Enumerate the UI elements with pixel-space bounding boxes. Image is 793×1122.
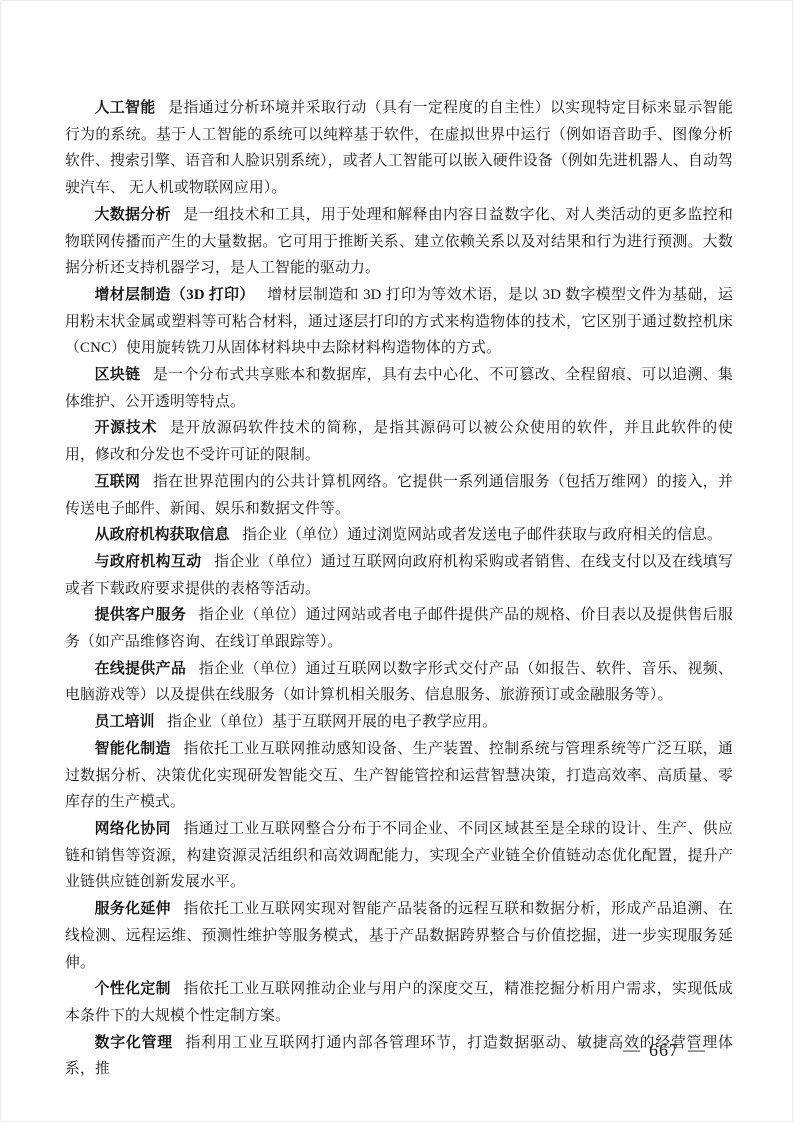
term-label: 人工智能: [95, 100, 169, 116]
glossary-entry-customer-service: 提供客户服务指企业（单位）通过网站或者电子邮件提供产品的规格、价目表以及提供售后…: [65, 602, 733, 655]
term-label: 个性化定制: [95, 981, 184, 997]
term-label: 智能化制造: [95, 741, 184, 757]
footer-dash-left: —: [623, 1040, 640, 1060]
term-label: 互联网: [95, 474, 153, 490]
glossary-entry-intelligent-manufacturing: 智能化制造指依托工业互联网推动感知设备、生产装置、控制系统与管理系统等广泛互联，…: [65, 736, 733, 816]
glossary-entry-blockchain: 区块链是一个分布式共享账本和数据库，具有去中心化、不可篡改、全程留痕、可以追溯、…: [65, 362, 733, 415]
glossary-entry-internet: 互联网指在世界范围内的公共计算机网络。它提供一系列通信服务（包括万维网）的接入，…: [65, 469, 733, 522]
glossary-entry-big-data-analysis: 大数据分析是一组技术和工具，用于处理和解释由内容日益数字化、对人类活动的更多监控…: [65, 202, 733, 282]
term-label: 区块链: [95, 367, 153, 383]
glossary-entry-get-info-from-government: 从政府机构获取信息指企业（单位）通过浏览网站或者发送电子邮件获取与政府相关的信息…: [65, 522, 733, 549]
glossary-entry-additive-manufacturing: 增材层制造（3D 打印）增材层制造和 3D 打印为等效术语，是以 3D 数字模型…: [65, 282, 733, 362]
glossary-content: 人工智能是指通过分析环境并采取行动（具有一定程度的自主性）以实现特定目标来显示智…: [65, 95, 733, 1083]
glossary-entry-employee-training: 员工培训指企业（单位）基于互联网开展的电子教学应用。: [65, 709, 733, 736]
glossary-entry-personalized-customization: 个性化定制指依托工业互联网推动企业与用户的深度交互，精准挖掘分析用户需求，实现低…: [65, 976, 733, 1029]
term-label: 员工培训: [95, 714, 168, 730]
glossary-entry-interact-with-government: 与政府机构互动指企业（单位）通过互联网向政府机构采购或者销售、在线支付以及在线填…: [65, 549, 733, 602]
term-label: 大数据分析: [95, 207, 184, 223]
page-footer: — 667 —: [623, 1040, 705, 1061]
glossary-entry-artificial-intelligence: 人工智能是指通过分析环境并采取行动（具有一定程度的自主性）以实现特定目标来显示智…: [65, 95, 733, 202]
term-label: 开源技术: [95, 420, 170, 436]
definition-text: 指企业（单位）通过浏览网站或者发送电子邮件获取与政府相关的信息。: [242, 527, 722, 543]
term-label: 服务化延伸: [95, 901, 184, 917]
term-label: 在线提供产品: [95, 661, 199, 677]
definition-text: 指企业（单位）基于互联网开展的电子教学应用。: [167, 714, 497, 730]
definition-text: 是一个分布式共享账本和数据库，具有去中心化、不可篡改、全程留痕、可以追溯、集体维…: [65, 367, 733, 410]
term-label: 网络化协同: [95, 821, 184, 837]
glossary-entry-open-source: 开源技术是开放源码软件技术的简称，是指其源码可以被公众使用的软件，并且此软件的使…: [65, 415, 733, 468]
term-label: 数字化管理: [95, 1035, 186, 1051]
glossary-entry-online-products: 在线提供产品指企业（单位）通过互联网以数字形式交付产品（如报告、软件、音乐、视频…: [65, 656, 733, 709]
definition-text: 指在世界范围内的公共计算机网络。它提供一系列通信服务（包括万维网）的接入，并传送…: [65, 474, 733, 517]
glossary-entry-service-extension: 服务化延伸指依托工业互联网实现对智能产品装备的远程互联和数据分析，形成产品追溯、…: [65, 896, 733, 976]
page-number: 667: [649, 1040, 679, 1061]
term-label: 与政府机构互动: [95, 554, 214, 570]
document-page: 人工智能是指通过分析环境并采取行动（具有一定程度的自主性）以实现特定目标来显示智…: [0, 0, 793, 1122]
glossary-entry-networked-collaboration: 网络化协同指通过工业互联网整合分布于不同企业、不同区域甚至是全球的设计、生产、供…: [65, 816, 733, 896]
term-label: 提供客户服务: [95, 607, 199, 623]
term-label: 增材层制造（3D 打印）: [95, 287, 268, 303]
term-label: 从政府机构获取信息: [95, 527, 243, 543]
footer-dash-right: —: [688, 1040, 705, 1060]
